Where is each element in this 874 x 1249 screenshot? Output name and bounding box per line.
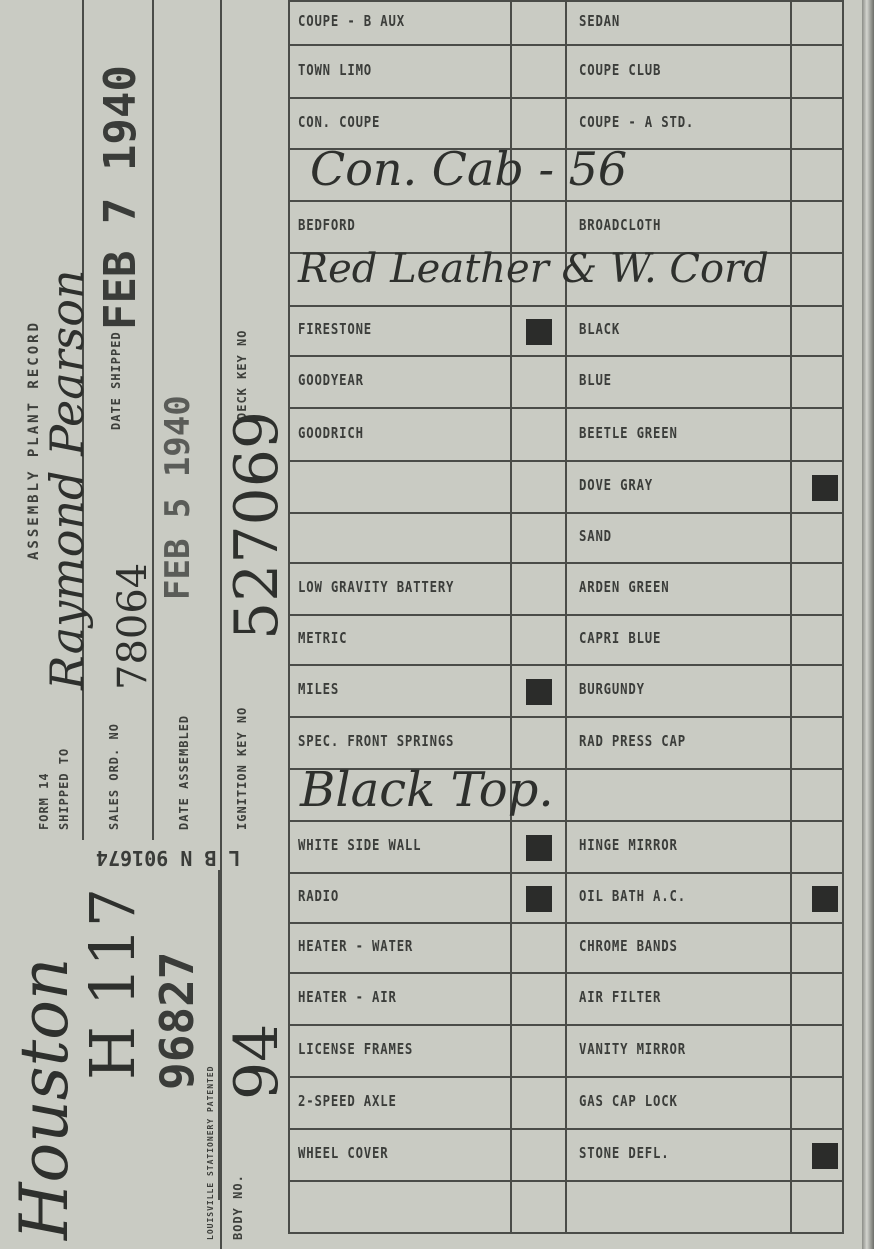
grid-rule	[288, 664, 844, 666]
grid-rule	[288, 972, 844, 974]
option-label-right: CHROME BANDS	[579, 937, 678, 955]
grid-rule	[288, 355, 844, 357]
check-mark-icon	[812, 1143, 838, 1169]
check-mark-icon	[526, 886, 552, 912]
value-body-type-code: H 117	[76, 888, 149, 1080]
grid-rule	[288, 1076, 844, 1078]
check-mark-icon	[526, 319, 552, 345]
option-checkbox-right[interactable]	[792, 202, 842, 252]
option-checkbox-right[interactable]	[792, 409, 842, 460]
option-checkbox-right[interactable]	[792, 307, 842, 355]
option-checkbox-right[interactable]	[792, 514, 842, 562]
option-label-left: COUPE - B AUX	[298, 12, 405, 30]
option-checkbox-left[interactable]	[512, 974, 565, 1024]
option-label-right: CAPRI BLUE	[579, 629, 661, 647]
form-number: FORM 14	[38, 772, 51, 830]
option-checkbox-right[interactable]	[792, 254, 842, 305]
option-label-right: OIL BATH A.C.	[579, 887, 686, 905]
value-body-no: 96827	[150, 952, 204, 1090]
grid-rule	[288, 872, 844, 874]
option-checkbox-left[interactable]	[512, 1182, 565, 1232]
option-checkbox-right[interactable]	[792, 666, 842, 716]
grid-rule	[288, 0, 844, 2]
option-label-right: DOVE GRAY	[579, 476, 653, 494]
option-checkbox-right[interactable]	[792, 924, 842, 972]
option-label-right: HINGE MIRROR	[579, 836, 678, 854]
grid-rule	[288, 1180, 844, 1182]
option-checkbox-right[interactable]	[792, 974, 842, 1024]
option-label-right: BLUE	[579, 371, 612, 389]
option-checkbox-right[interactable]	[792, 1130, 842, 1180]
option-checkbox-left[interactable]	[512, 924, 565, 972]
option-label-right: STONE DEFL.	[579, 1144, 669, 1162]
option-label-left: RADIO	[298, 887, 339, 905]
option-label-right: SAND	[579, 527, 612, 545]
option-checkbox-left[interactable]	[512, 307, 565, 355]
grid-rule	[288, 407, 844, 409]
option-checkbox-left[interactable]	[512, 357, 565, 407]
option-label-right: SEDAN	[579, 12, 620, 30]
option-checkbox-right[interactable]	[792, 357, 842, 407]
value-sales-ord-no: 78064	[110, 563, 156, 690]
option-label-right: VANITY MIRROR	[579, 1040, 686, 1058]
option-checkbox-left[interactable]	[512, 1026, 565, 1076]
option-checkbox-left[interactable]	[512, 46, 565, 97]
option-label-left: LICENSE FRAMES	[298, 1040, 413, 1058]
option-checkbox-right[interactable]	[792, 1182, 842, 1232]
option-label-right: BROADCLOTH	[579, 216, 661, 234]
serial-stamp: L B N 901674	[96, 846, 241, 870]
grid-rule	[842, 0, 844, 1232]
grid-rule	[288, 716, 844, 718]
grid-rule	[288, 614, 844, 616]
grid-rule	[288, 562, 844, 564]
option-checkbox-left[interactable]	[512, 462, 565, 512]
option-checkbox-right[interactable]	[792, 718, 842, 768]
option-label-right: GAS CAP LOCK	[579, 1092, 678, 1110]
option-label-right: AIR FILTER	[579, 988, 661, 1006]
check-mark-icon	[526, 679, 552, 705]
value-deck-key-no: 527069	[222, 411, 292, 640]
option-label-right: RAD PRESS CAP	[579, 732, 686, 750]
option-checkbox-left[interactable]	[512, 874, 565, 922]
check-mark-icon	[526, 835, 552, 861]
grid-rule	[288, 1232, 844, 1234]
value-date-assembled: FEB 5 1940	[158, 395, 198, 600]
option-checkbox-left[interactable]	[512, 2, 565, 44]
option-label-right: COUPE CLUB	[579, 61, 661, 79]
option-label-right: ARDEN GREEN	[579, 578, 669, 596]
handwritten-note: Red Leather & W. Cord	[298, 246, 769, 292]
option-label-left: 2-SPEED AXLE	[298, 1092, 397, 1110]
grid-rule	[288, 820, 844, 822]
value-ignition-key-no: 94	[222, 1024, 292, 1100]
option-checkbox-left[interactable]	[512, 718, 565, 768]
option-checkbox-left[interactable]	[512, 616, 565, 664]
label-shipped-to: SHIPPED TO	[58, 748, 71, 830]
option-checkbox-right[interactable]	[792, 150, 842, 200]
option-label-right: BLACK	[579, 320, 620, 338]
grid-rule	[288, 44, 844, 46]
option-label-left: HEATER - AIR	[298, 988, 397, 1006]
option-checkbox-right[interactable]	[792, 616, 842, 664]
grid-rule	[288, 305, 844, 307]
grid-rule	[288, 1024, 844, 1026]
label-date-assembled: DATE ASSEMBLED	[178, 715, 191, 830]
grid-rule	[288, 922, 844, 924]
option-label-left: CON. COUPE	[298, 113, 380, 131]
label-ignition-key-no: IGNITION KEY NO	[236, 707, 249, 830]
option-checkbox-left[interactable]	[512, 564, 565, 614]
handwritten-note: Black Top.	[300, 762, 554, 818]
grid-rule	[288, 512, 844, 514]
footer-stamp: LOUISVILLE STATIONERY PATENTED	[204, 1066, 217, 1241]
option-label-left: BEDFORD	[298, 216, 356, 234]
label-body-no: BODY NO.	[232, 1174, 245, 1240]
option-label-left: FIRESTONE	[298, 320, 372, 338]
option-checkbox-right[interactable]	[792, 822, 842, 872]
rule	[218, 870, 220, 1200]
value-shipped-to: Raymond Pearson	[40, 269, 94, 690]
option-label-left: WHEEL COVER	[298, 1144, 388, 1162]
option-checkbox-left[interactable]	[512, 822, 565, 872]
option-checkbox-right[interactable]	[792, 1026, 842, 1076]
grid-rule	[288, 0, 290, 1232]
option-label-left: MILES	[298, 680, 339, 698]
assembly-plant-record-card: ASSEMBLY PLANT RECORD FORM 14 SHIPPED TO…	[0, 0, 862, 1249]
check-mark-icon	[812, 475, 838, 501]
option-checkbox-right[interactable]	[792, 564, 842, 614]
option-label-left: TOWN LIMO	[298, 61, 372, 79]
label-sales-ord-no: SALES ORD. NO	[108, 723, 121, 830]
option-checkbox-right[interactable]	[792, 2, 842, 44]
option-label-right: BURGUNDY	[579, 680, 645, 698]
option-checkbox-right[interactable]	[792, 462, 842, 512]
option-checkbox-right[interactable]	[792, 46, 842, 97]
option-label-left: SPEC. FRONT SPRINGS	[298, 732, 454, 750]
option-checkbox-left[interactable]	[512, 666, 565, 716]
option-label-left: GOODRICH	[298, 424, 364, 442]
option-checkbox-left[interactable]	[512, 514, 565, 562]
rule	[152, 0, 154, 840]
option-checkbox-right[interactable]	[792, 874, 842, 922]
label-deck-key-no: DECK KEY NO	[236, 330, 249, 420]
option-label-left: METRIC	[298, 629, 347, 647]
option-checkbox-left[interactable]	[512, 99, 565, 148]
grid-rule	[288, 97, 844, 99]
option-label-right: BEETLE GREEN	[579, 424, 678, 442]
option-checkbox-left[interactable]	[512, 202, 565, 252]
option-checkbox-right[interactable]	[792, 99, 842, 148]
option-label-left: HEATER - WATER	[298, 937, 413, 955]
option-label-left: LOW GRAVITY BATTERY	[298, 578, 454, 596]
option-label-left: GOODYEAR	[298, 371, 364, 389]
value-location: Houston	[6, 958, 83, 1240]
grid-rule	[288, 1128, 844, 1130]
grid-rule	[288, 200, 844, 202]
option-label-left: WHITE SIDE WALL	[298, 836, 421, 854]
value-date-shipped: FEB 7 1940	[95, 65, 146, 330]
option-checkbox-left[interactable]	[512, 1130, 565, 1180]
option-checkbox-right[interactable]	[792, 770, 842, 820]
option-checkbox-left[interactable]	[512, 409, 565, 460]
handwritten-note: Con. Cab - 56	[310, 142, 627, 196]
check-mark-icon	[812, 886, 838, 912]
grid-rule	[288, 460, 844, 462]
option-label-right: COUPE - A STD.	[579, 113, 694, 131]
option-checkbox-right[interactable]	[792, 1078, 842, 1128]
label-date-shipped: DATE SHIPPED	[110, 331, 123, 430]
option-checkbox-left[interactable]	[512, 1078, 565, 1128]
